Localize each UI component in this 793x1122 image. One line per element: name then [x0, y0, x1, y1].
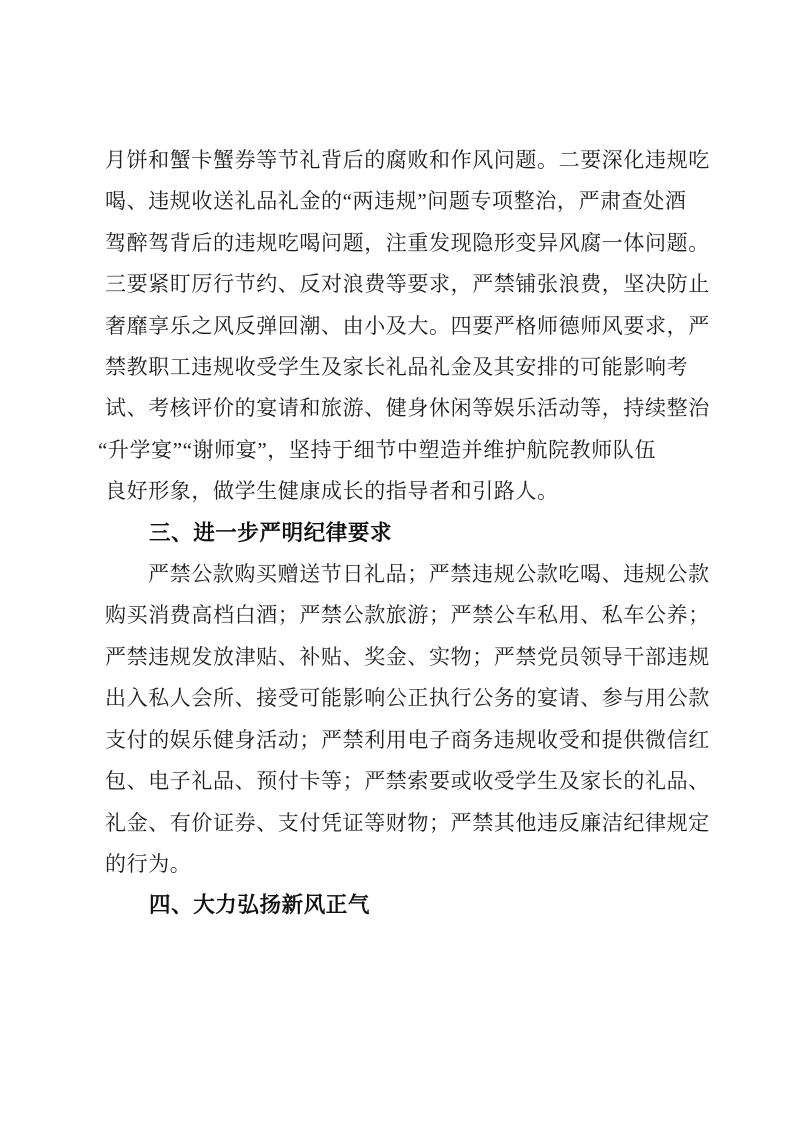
document-text-body: 月饼和蟹卡蟹券等节礼背后的腐败和作风问题。二要深化违规吃 喝、违规收送礼品礼金的… — [105, 140, 717, 927]
text-line: 良好形象，做学生健康成长的指导者和引路人。 — [105, 471, 717, 512]
document-page: 月饼和蟹卡蟹券等节礼背后的腐败和作风问题。二要深化违规吃 喝、违规收送礼品礼金的… — [0, 0, 793, 1122]
text-line: 包、电子礼品、预付卡等；严禁索要或收受学生及家长的礼品、 — [105, 761, 717, 802]
text-line: 试、考核评价的宴请和旅游、健身休闲等娱乐活动等，持续整治 — [105, 388, 717, 429]
text-line: 支付的娱乐健身活动；严禁利用电子商务违规收受和提供微信红 — [105, 720, 717, 761]
text-line: 月饼和蟹卡蟹券等节礼背后的腐败和作风问题。二要深化违规吃 — [105, 140, 717, 181]
text-line: “升学宴”“谢师宴”，坚持于细节中塑造并维护航院教师队伍 — [98, 430, 717, 471]
text-line: 严禁违规发放津贴、补贴、奖金、实物；严禁党员领导干部违规 — [105, 637, 717, 678]
text-line: 驾醉驾背后的违规吃喝问题，注重发现隐形变异风腐一体问题。 — [105, 223, 717, 264]
section-heading-four: 四、大力弘扬新风正气 — [105, 885, 717, 926]
text-line: 的行为。 — [105, 844, 717, 885]
text-line: 购买消费高档白酒；严禁公款旅游；严禁公车私用、私车公养； — [105, 595, 717, 636]
text-line: 三要紧盯厉行节约、反对浪费等要求，严禁铺张浪费，坚决防止 — [105, 264, 717, 305]
section-heading-three: 三、进一步严明纪律要求 — [105, 513, 717, 554]
paragraph-prohibitions: 严禁公款购买赠送节日礼品；严禁违规公款吃喝、违规公款 购买消费高档白酒；严禁公款… — [105, 554, 717, 885]
text-line: 严禁公款购买赠送节日礼品；严禁违规公款吃喝、违规公款 — [105, 554, 717, 595]
paragraph-continuation: 月饼和蟹卡蟹券等节礼背后的腐败和作风问题。二要深化违规吃 喝、违规收送礼品礼金的… — [105, 140, 717, 513]
text-line: 禁教职工违规收受学生及家长礼品礼金及其安排的可能影响考 — [105, 347, 717, 388]
text-line: 喝、违规收送礼品礼金的“两违规”问题专项整治，严肃查处酒 — [105, 181, 717, 222]
text-line: 奢靡享乐之风反弹回潮、由小及大。四要严格师德师风要求，严 — [105, 306, 717, 347]
text-line: 出入私人会所、接受可能影响公正执行公务的宴请、参与用公款 — [105, 678, 717, 719]
text-line: 礼金、有价证券、支付凭证等财物；严禁其他违反廉洁纪律规定 — [105, 803, 717, 844]
